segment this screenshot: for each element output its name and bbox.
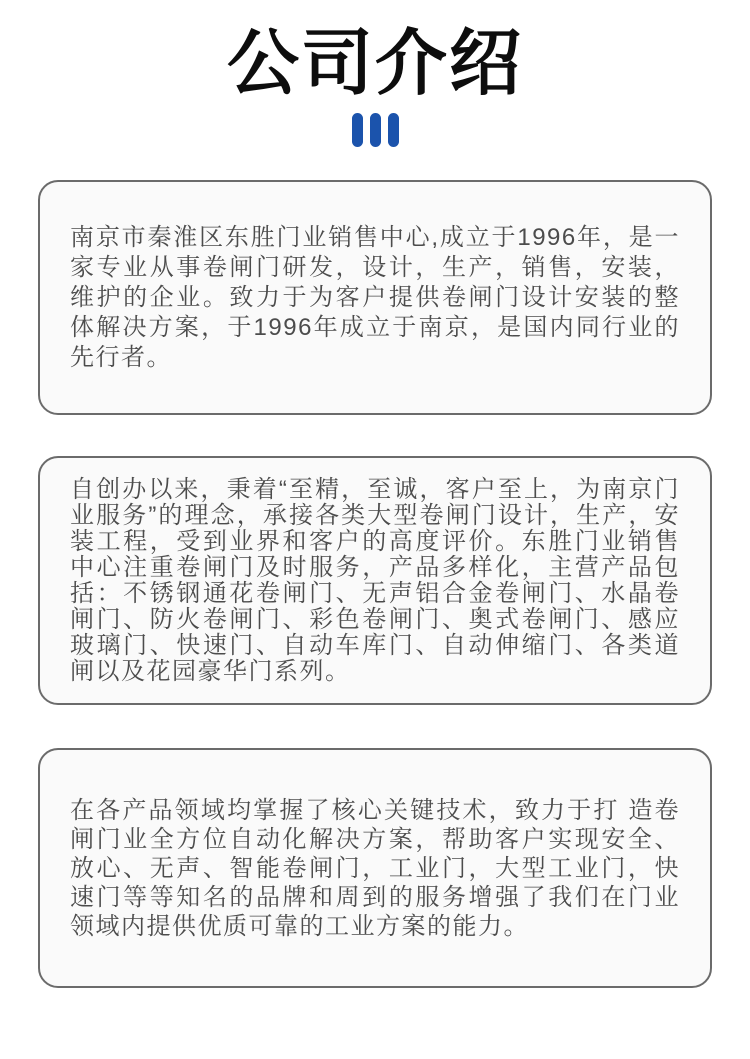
company-intro-page: 公司介绍 南京市秦淮区东胜门业销售中心,成立于1996年，是一家专业从事卷闸门研… xyxy=(0,0,750,1059)
divider-bar xyxy=(370,113,381,147)
page-title: 公司介绍 xyxy=(0,22,750,106)
company-philosophy-card: 自创办以来，秉着“至精，至诚，客户至上，为南京门业服务”的理念，承接各类大型卷闸… xyxy=(38,456,712,705)
divider-bar xyxy=(388,113,399,147)
page-header: 公司介绍 xyxy=(0,0,750,148)
triple-vertical-bars-icon xyxy=(0,112,750,148)
company-capability-text: 在各产品领域均掌握了核心关键技术，致力于打 造卷闸门业全方位自动化解决方案，帮助… xyxy=(70,796,680,941)
divider-bar xyxy=(352,113,363,147)
company-capability-card: 在各产品领域均掌握了核心关键技术，致力于打 造卷闸门业全方位自动化解决方案，帮助… xyxy=(38,748,712,988)
company-intro-card: 南京市秦淮区东胜门业销售中心,成立于1996年，是一家专业从事卷闸门研发，设计，… xyxy=(38,180,712,415)
company-philosophy-text: 自创办以来，秉着“至精，至诚，客户至上，为南京门业服务”的理念，承接各类大型卷闸… xyxy=(70,477,680,685)
company-intro-text: 南京市秦淮区东胜门业销售中心,成立于1996年，是一家专业从事卷闸门研发，设计，… xyxy=(70,223,680,373)
